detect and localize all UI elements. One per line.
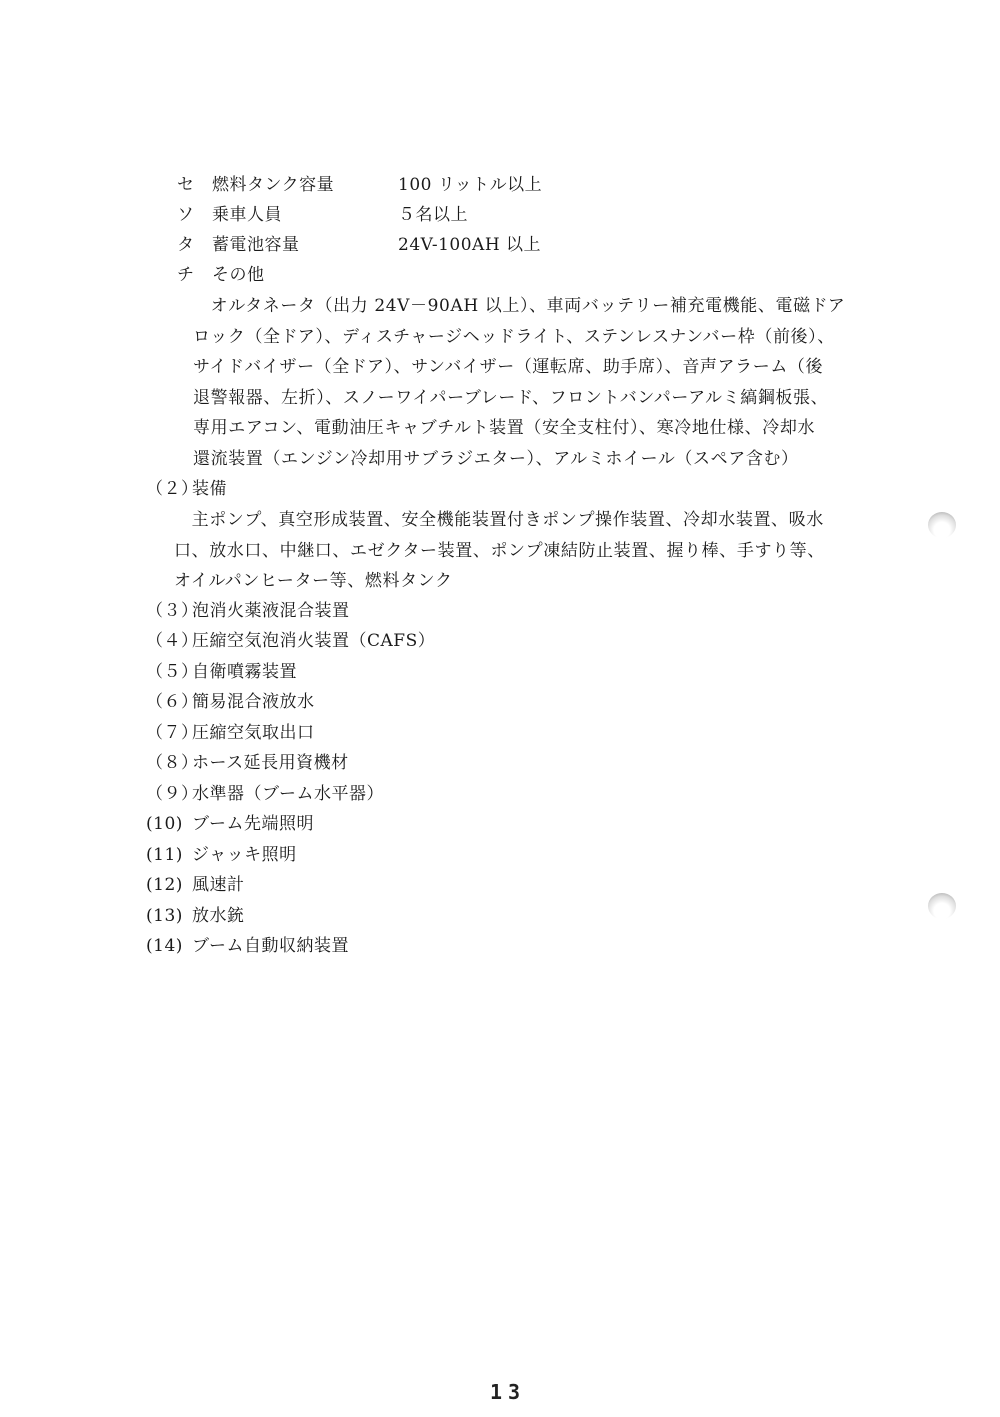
item-number: (13) xyxy=(146,905,192,927)
item-text: 水準器（ブーム水平器） xyxy=(192,784,384,804)
paragraph-line: 専用エアコン、電動油圧キャブチルト装置（安全支柱付）、寒冷地仕様、冷却水 xyxy=(193,413,863,444)
item-number: （４） xyxy=(146,630,192,652)
item-number: (10) xyxy=(146,813,192,835)
paragraph-line: 主ポンプ、真空形成装置、安全機能装置付きポンプ操作装置、冷却水装置、吸水 xyxy=(174,505,864,536)
section-title: 装備 xyxy=(192,479,227,499)
list-item: （６）簡易混合液放水 xyxy=(146,691,315,713)
list-item: (10)ブーム先端照明 xyxy=(146,813,314,835)
item-number: （５） xyxy=(146,661,192,683)
punch-hole-decoration xyxy=(928,893,956,919)
item-text: 圧縮空気取出口 xyxy=(192,723,315,743)
spec-name: 燃料タンク容量 xyxy=(212,174,334,196)
item-number: (11) xyxy=(146,844,192,866)
list-item: (12)風速計 xyxy=(146,874,245,896)
item-text: 風速計 xyxy=(192,875,245,895)
section-heading-equipment: （２）装備 xyxy=(146,478,227,500)
item-number: （６） xyxy=(146,691,192,713)
paragraph-line: オイルパンヒーター等、燃料タンク xyxy=(174,566,864,597)
section-number: （２） xyxy=(146,478,192,500)
spec-label: チ xyxy=(177,264,199,286)
other-equipment-paragraph: オルタネータ（出力 24V－90AH 以上）、車両バッテリー補充電機能、電磁ドア… xyxy=(193,291,863,474)
spec-value: ５名以上 xyxy=(398,204,468,226)
equipment-paragraph: 主ポンプ、真空形成装置、安全機能装置付きポンプ操作装置、冷却水装置、吸水 口、放… xyxy=(174,505,864,597)
list-item: （４）圧縮空気泡消火装置（CAFS） xyxy=(146,630,435,652)
item-text: ホース延長用資機材 xyxy=(192,753,349,773)
spec-label: ソ xyxy=(177,204,199,226)
list-item: (13)放水銃 xyxy=(146,905,245,927)
punch-hole-decoration xyxy=(928,512,956,538)
spec-label: セ xyxy=(177,174,199,196)
page-number: 13 xyxy=(490,1380,526,1404)
spec-row-battery: タ 蓄電池容量 24V-100AH 以上 xyxy=(0,234,1000,256)
item-text: 放水銃 xyxy=(192,906,245,926)
item-text: 圧縮空気泡消火装置（CAFS） xyxy=(192,631,435,651)
item-text: 泡消火薬液混合装置 xyxy=(192,601,350,621)
paragraph-line: 退警報器、左折）、スノーワイパーブレード、フロントバンパーアルミ縞鋼板張、 xyxy=(193,383,863,414)
paragraph-line: ロック（全ドア）、ディスチャージヘッドライト、ステンレスナンバー枠（前後）、 xyxy=(193,322,863,353)
item-text: 自衛噴霧装置 xyxy=(192,662,297,682)
spec-row-fuel-tank: セ 燃料タンク容量 100 リットル以上 xyxy=(0,174,1000,196)
spec-value: 100 リットル以上 xyxy=(398,174,542,196)
paragraph-line: サイドバイザー（全ドア）、サンバイザー（運転席、助手席）、音声アラーム（後 xyxy=(193,352,863,383)
paragraph-line: 還流装置（エンジン冷却用サブラジエター）、アルミホイール（スペア含む） xyxy=(193,444,863,475)
item-number: （９） xyxy=(146,783,192,805)
item-number: （３） xyxy=(146,600,192,622)
item-number: （７） xyxy=(146,722,192,744)
spec-name: 蓄電池容量 xyxy=(212,234,300,256)
list-item: (11)ジャッキ照明 xyxy=(146,844,297,866)
list-item: （５）自衛噴霧装置 xyxy=(146,661,297,683)
spec-label: タ xyxy=(177,234,199,256)
spec-value: 24V-100AH 以上 xyxy=(398,234,541,256)
spec-name: その他 xyxy=(212,264,265,286)
item-text: ブーム先端照明 xyxy=(192,814,314,834)
spec-name: 乗車人員 xyxy=(212,204,282,226)
item-number: (12) xyxy=(146,874,192,896)
list-item: （８）ホース延長用資機材 xyxy=(146,752,349,774)
item-text: ジャッキ照明 xyxy=(192,845,297,865)
paragraph-line: オルタネータ（出力 24V－90AH 以上）、車両バッテリー補充電機能、電磁ドア xyxy=(193,291,863,322)
list-item: （７）圧縮空気取出口 xyxy=(146,722,315,744)
paragraph-line: 口、放水口、中継口、エゼクター装置、ポンプ凍結防止装置、握り棒、手すり等、 xyxy=(174,536,864,567)
item-number: （８） xyxy=(146,752,192,774)
spec-row-other: チ その他 xyxy=(0,264,1000,286)
item-text: 簡易混合液放水 xyxy=(192,692,315,712)
list-item: (14)ブーム自動収納装置 xyxy=(146,935,349,957)
list-item: （９）水準器（ブーム水平器） xyxy=(146,783,384,805)
list-item: （３）泡消火薬液混合装置 xyxy=(146,600,350,622)
spec-row-passengers: ソ 乗車人員 ５名以上 xyxy=(0,204,1000,226)
item-text: ブーム自動収納装置 xyxy=(192,936,349,956)
item-number: (14) xyxy=(146,935,192,957)
